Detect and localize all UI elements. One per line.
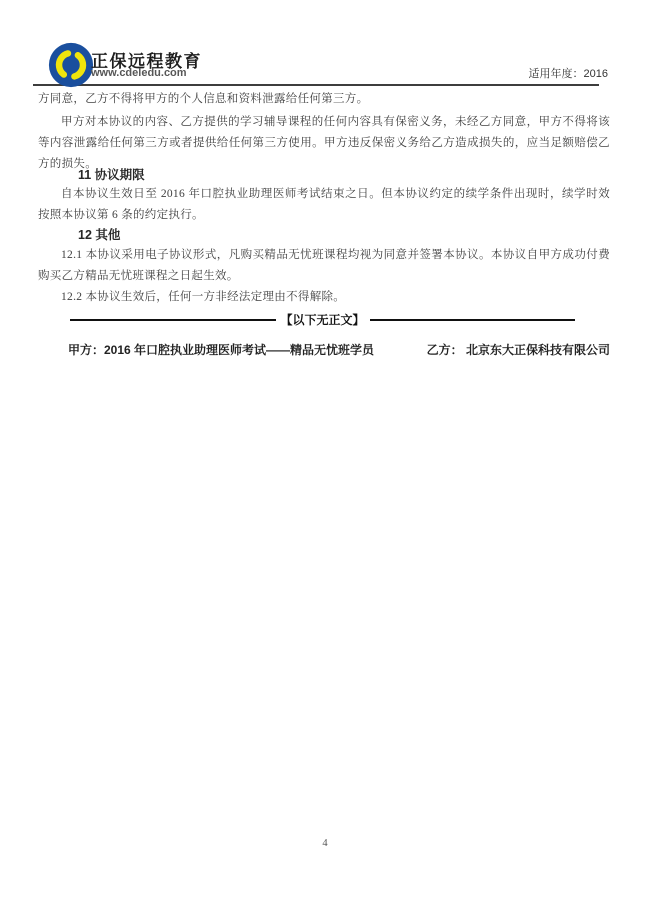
end-of-text-divider: 【以下无正文】	[70, 309, 575, 330]
party-b-label: 乙方： 北京东大正保科技有限公司	[427, 341, 610, 358]
section-heading-11: 11 协议期限	[38, 167, 610, 183]
section-12-paragraph-1: 12.1 本协议采用电子协议形式，凡购买精品无忧班课程均视为同意并签署本协议。本…	[38, 245, 610, 287]
party-a-label: 甲方：2016 年口腔执业助理医师考试——精品无忧班学员	[68, 341, 374, 358]
signature-row: 甲方：2016 年口腔执业助理医师考试——精品无忧班学员 乙方： 北京东大正保科…	[68, 341, 610, 358]
end-marker-label: 【以下无正文】	[281, 311, 365, 328]
page-number: 4	[0, 838, 650, 849]
cdel-logo	[48, 42, 94, 88]
paragraph-confidentiality: 甲方对本协议的内容、乙方提供的学习辅导课程的任何内容具有保密义务，未经乙方同意，…	[38, 112, 610, 175]
divider-line-right	[370, 319, 576, 321]
swirl-globe-icon	[48, 42, 94, 88]
paragraph-continuation: 方同意，乙方不得将甲方的个人信息和资料泄露给任何第三方。	[38, 89, 610, 110]
brand-website: www.cdeledu.com	[91, 67, 187, 79]
section-12-paragraph-2: 12.2 本协议生效后，任何一方非经法定理由不得解除。	[38, 287, 610, 308]
section-heading-12: 12 其他	[38, 227, 610, 243]
page-header: 正保远程教育 www.cdeledu.com 适用年度：2016	[33, 43, 599, 86]
applicable-year-label: 适用年度：2016	[529, 65, 608, 81]
section-11-paragraph: 自本协议生效日至 2016 年口腔执业助理医师考试结束之日。但本协议约定的续学条…	[38, 184, 610, 226]
document-page: 正保远程教育 www.cdeledu.com 适用年度：2016 方同意，乙方不…	[0, 0, 650, 919]
divider-line-left	[70, 319, 276, 321]
